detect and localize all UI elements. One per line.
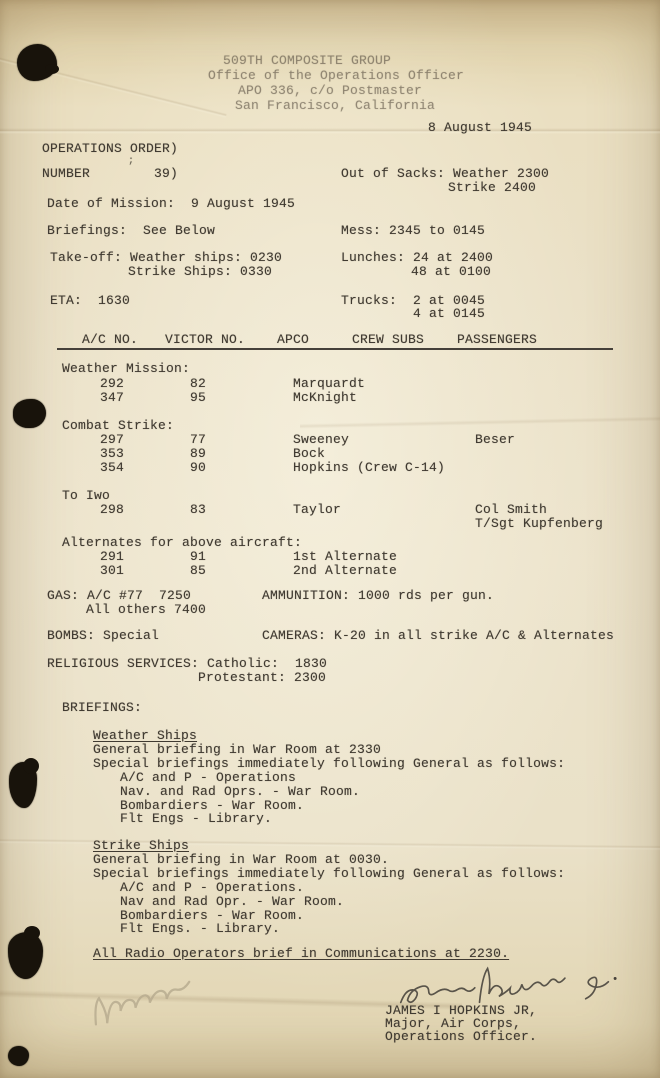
col-header-ac-no: A/C NO.	[82, 333, 138, 349]
cell-passenger: T/Sgt Kupfenberg	[475, 517, 603, 531]
cell-apco: Hopkins (Crew C-14)	[293, 461, 445, 475]
briefing-line: Nav. and Rad Oprs. - War Room.	[120, 785, 360, 799]
order-number: NUMBER 39)	[42, 167, 178, 181]
cell-apco: Bock	[293, 447, 325, 461]
mess-times: Mess: 2345 to 0145	[341, 224, 485, 238]
letterhead-apo: APO 336, c/o Postmaster	[238, 84, 422, 98]
cell-victor: 85	[190, 564, 206, 578]
briefing-line: A/C and P - Operations	[120, 771, 296, 785]
cell-victor: 91	[190, 550, 206, 564]
briefing-line: Special briefings immediately following …	[93, 757, 565, 771]
gas-line-2: All others 7400	[86, 603, 206, 617]
col-header-victor-no: VICTOR NO.	[165, 333, 245, 349]
section-label-to-iwo: To Iwo	[62, 489, 110, 503]
cell-ac: 292	[100, 377, 124, 391]
takeoff-weather: Take-off: Weather ships: 0230	[50, 251, 282, 265]
strike-ships-title: Strike Ships	[93, 839, 189, 853]
cell-ac: 347	[100, 391, 124, 405]
letterhead-office: Office of the Operations Officer	[208, 69, 464, 83]
section-label-alternates: Alternates for above aircraft:	[62, 536, 302, 550]
cell-victor: 83	[190, 503, 206, 517]
cell-victor: 89	[190, 447, 206, 461]
section-label-combat-strike: Combat Strike:	[62, 419, 174, 433]
cell-apco: Sweeney	[293, 433, 349, 447]
ink-blot	[13, 399, 46, 428]
weather-ships-title: Weather Ships	[93, 729, 197, 743]
cell-ac: 301	[100, 564, 124, 578]
briefing-line: A/C and P - Operations.	[120, 881, 304, 895]
gas-line-1: GAS: A/C #77 7250	[47, 589, 191, 603]
briefing-line: Flt Engs - Library.	[120, 812, 272, 826]
col-header-apco: APCO	[277, 333, 309, 349]
out-of-sacks: Out of Sacks: Weather 2300	[341, 167, 549, 181]
cell-ac: 291	[100, 550, 124, 564]
briefing-line: Flt Engs. - Library.	[120, 922, 280, 936]
cell-apco: McKnight	[293, 391, 357, 405]
letterhead-group: 509TH COMPOSITE GROUP	[223, 54, 391, 68]
fold-crease	[0, 128, 660, 134]
cell-ac: 353	[100, 447, 124, 461]
cell-victor: 95	[190, 391, 206, 405]
scanned-document-page: 509TH COMPOSITE GROUP Office of the Oper…	[0, 0, 660, 1078]
cell-victor: 77	[190, 433, 206, 447]
table-rule	[57, 348, 613, 350]
signer-title: Operations Officer.	[385, 1030, 537, 1044]
col-header-passengers: PASSENGERS	[457, 333, 537, 349]
cell-passenger: Col Smith	[475, 503, 547, 517]
religious-services-1: RELIGIOUS SERVICES: Catholic: 1830	[47, 657, 327, 671]
briefing-line: Special briefings immediately following …	[93, 867, 565, 881]
cell-passenger: Beser	[475, 433, 515, 447]
letterhead-city: San Francisco, California	[235, 99, 435, 113]
cell-victor: 90	[190, 461, 206, 475]
ink-blot	[8, 1046, 29, 1066]
fold-crease	[300, 416, 660, 429]
cell-apco: Marquardt	[293, 377, 365, 391]
order-title: OPERATIONS ORDER)	[42, 142, 178, 156]
briefings-heading: BRIEFINGS:	[62, 701, 142, 715]
cell-ac: 354	[100, 461, 124, 475]
ammunition: AMMUNITION: 1000 rds per gun.	[262, 589, 494, 603]
mission-date: Date of Mission: 9 August 1945	[47, 197, 295, 211]
briefings-ref: Briefings: See Below	[47, 224, 215, 238]
briefing-line: Nav and Rad Opr. - War Room.	[120, 895, 344, 909]
eta: ETA: 1630	[50, 294, 130, 308]
briefing-line: General briefing in War Room at 2330	[93, 743, 381, 757]
lunches-line-2: 48 at 0100	[411, 265, 491, 279]
col-header-crew-subs: CREW SUBS	[352, 333, 424, 349]
document-date: 8 August 1945	[428, 121, 532, 135]
cell-ac: 298	[100, 503, 124, 517]
trucks-line-2: 4 at 0145	[413, 307, 485, 321]
cell-ac: 297	[100, 433, 124, 447]
cell-apco: 2nd Alternate	[293, 564, 397, 578]
religious-services-2: Protestant: 2300	[198, 671, 326, 685]
out-of-sacks-strike: Strike 2400	[448, 181, 536, 195]
cameras: CAMERAS: K-20 in all strike A/C & Altern…	[262, 629, 614, 643]
cell-victor: 82	[190, 377, 206, 391]
ink-blot	[9, 762, 37, 808]
section-label-weather-mission: Weather Mission:	[62, 362, 190, 376]
takeoff-strike: Strike Ships: 0330	[128, 265, 272, 279]
bombs: BOMBS: Special	[47, 629, 159, 643]
cell-apco: 1st Alternate	[293, 550, 397, 564]
cell-apco: Taylor	[293, 503, 341, 517]
ink-blot	[8, 932, 43, 979]
briefing-line: General briefing in War Room at 0030.	[93, 853, 389, 867]
ink-blot	[17, 44, 57, 81]
lunches-line-1: Lunches: 24 at 2400	[341, 251, 493, 265]
